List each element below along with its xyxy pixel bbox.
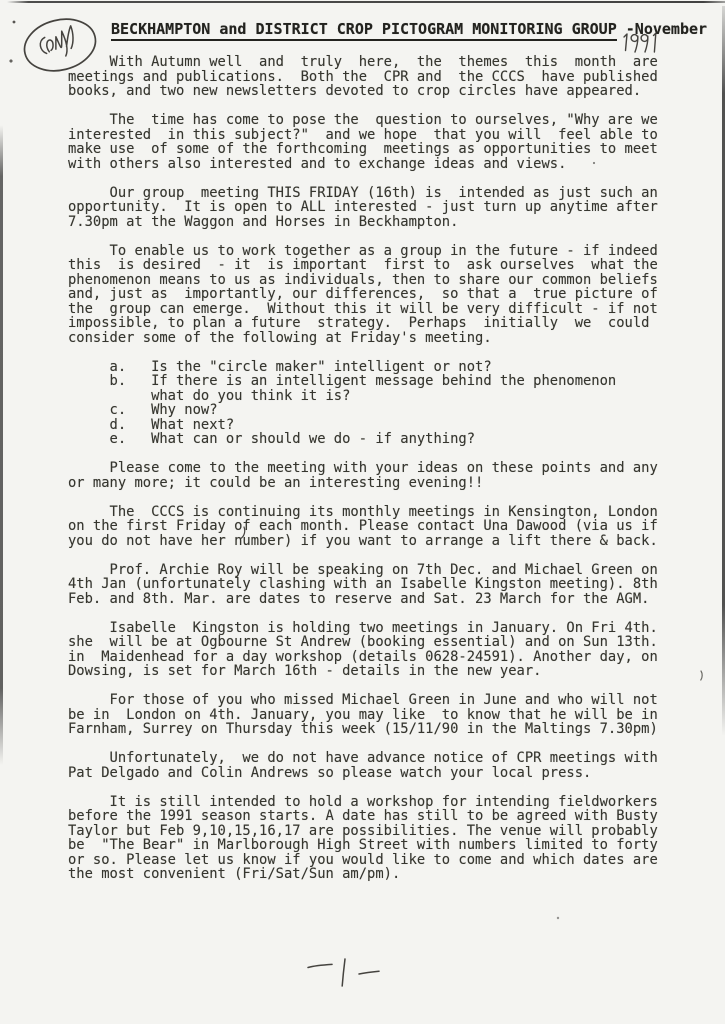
text-line: on the first Friday of each month. Pleas… (68, 519, 658, 534)
text-line: you do not have her number) if you want … (68, 534, 658, 549)
paragraph: For those of you who missed Michael Gree… (68, 693, 658, 737)
text-line: Pat Delgado and Colin Andrews so please … (68, 766, 658, 781)
text-line: meetings and publications. Both the CPR … (68, 70, 658, 85)
text-line: and, just as importantly, our difference… (68, 287, 658, 302)
text-line: impossible, to plan a future strategy. P… (68, 316, 658, 331)
newsletter-title-month: -November (617, 20, 707, 38)
text-line: b. If there is an intelligent message be… (68, 374, 658, 389)
scanned-newsletter-page: BECKHAMPTON and DISTRICT CROP PICTOGRAM … (0, 0, 725, 1024)
text-line: books, and two new newsletters devoted t… (68, 84, 658, 99)
text-line: It is still intended to hold a workshop … (68, 795, 658, 810)
text-line: 7.30pm at the Waggon and Horses in Beckh… (68, 215, 658, 230)
question-list: a. Is the "circle maker" intelligent or … (68, 360, 658, 447)
newsletter-title-text: BECKHAMPTON and DISTRICT CROP PICTOGRAM … (111, 20, 617, 41)
text-line: Please come to the meeting with your ide… (68, 461, 658, 476)
text-line: be in London on 4th. January, you may li… (68, 708, 658, 723)
text-line: make use of some of the forthcoming meet… (68, 142, 658, 157)
text-line: e. What can or should we do - if anythin… (68, 432, 658, 447)
scan-edge-left (0, 125, 3, 765)
text-line: Dowsing, is set for March 16th - details… (68, 664, 658, 679)
pen-dot (13, 21, 15, 23)
text-line: a. Is the "circle maker" intelligent or … (68, 360, 658, 375)
text-line: For those of you who missed Michael Gree… (68, 693, 658, 708)
text-line: with others also interested and to excha… (68, 157, 658, 172)
paragraph: Isabelle Kingston is holding two meeting… (68, 621, 658, 679)
text-line: Unfortunately, we do not have advance no… (68, 751, 658, 766)
text-line: opportunity. It is open to ALL intereste… (68, 200, 658, 215)
document-body: With Autumn well and truly here, the the… (68, 55, 658, 896)
paragraph: The time has come to pose the question t… (68, 113, 658, 171)
stray-dot (557, 917, 559, 919)
text-line: be "The Bear" in Marlborough High Street… (68, 838, 658, 853)
pen-dot (10, 60, 12, 62)
text-line: c. Why now? (68, 403, 658, 418)
newsletter-title: BECKHAMPTON and DISTRICT CROP PICTOGRAM … (111, 20, 707, 38)
text-line: The CCCS is continuing its monthly meeti… (68, 505, 658, 520)
text-line: Isabelle Kingston is holding two meeting… (68, 621, 658, 636)
paragraph: To enable us to work together as a group… (68, 244, 658, 346)
text-line: before the 1991 season starts. A date ha… (68, 809, 658, 824)
text-line: the most convenient (Fri/Sat/Sun am/pm). (68, 867, 658, 882)
stray-tick (701, 671, 702, 680)
text-line: or many more; it could be an interesting… (68, 476, 658, 491)
paragraph: With Autumn well and truly here, the the… (68, 55, 658, 99)
text-line: the group can emerge. Without this it wi… (68, 302, 658, 317)
text-line: d. What next? (68, 418, 658, 433)
handwritten-page-number (308, 959, 379, 986)
paragraph: The CCCS is continuing its monthly meeti… (68, 505, 658, 549)
text-line: Prof. Archie Roy will be speaking on 7th… (68, 563, 658, 578)
text-line: The time has come to pose the question t… (68, 113, 658, 128)
paragraph: Prof. Archie Roy will be speaking on 7th… (68, 563, 658, 607)
text-line: phenomenon means to us as individuals, t… (68, 273, 658, 288)
text-line: Our group meeting THIS FRIDAY (16th) is … (68, 186, 658, 201)
text-line: 4th Jan (unfortunately clashing with an … (68, 577, 658, 592)
text-line: this is desired - it is important first … (68, 258, 658, 273)
text-line: With Autumn well and truly here, the the… (68, 55, 658, 70)
paragraph: It is still intended to hold a workshop … (68, 795, 658, 882)
text-line: Taylor but Feb 9,10,15,16,17 are possibi… (68, 824, 658, 839)
paragraph: Please come to the meeting with your ide… (68, 461, 658, 490)
text-line: To enable us to work together as a group… (68, 244, 658, 259)
text-line: or so. Please let us know if you would l… (68, 853, 658, 868)
text-line: consider some of the following at Friday… (68, 331, 658, 346)
scan-edge-top (7, 1, 725, 3)
text-line: Feb. and 8th. Mar. are dates to reserve … (68, 592, 658, 607)
text-line: what do you think it is? (68, 389, 658, 404)
text-line: interested in this subject?" and we hope… (68, 128, 658, 143)
text-line: in Maidenhead for a day workshop (detail… (68, 650, 658, 665)
paragraph: Unfortunately, we do not have advance no… (68, 751, 658, 780)
paragraph: Our group meeting THIS FRIDAY (16th) is … (68, 186, 658, 230)
text-line: Farnham, Surrey on Thursday this week (1… (68, 722, 658, 737)
text-line: she will be at Ogbourne St Andrew (booki… (68, 635, 658, 650)
